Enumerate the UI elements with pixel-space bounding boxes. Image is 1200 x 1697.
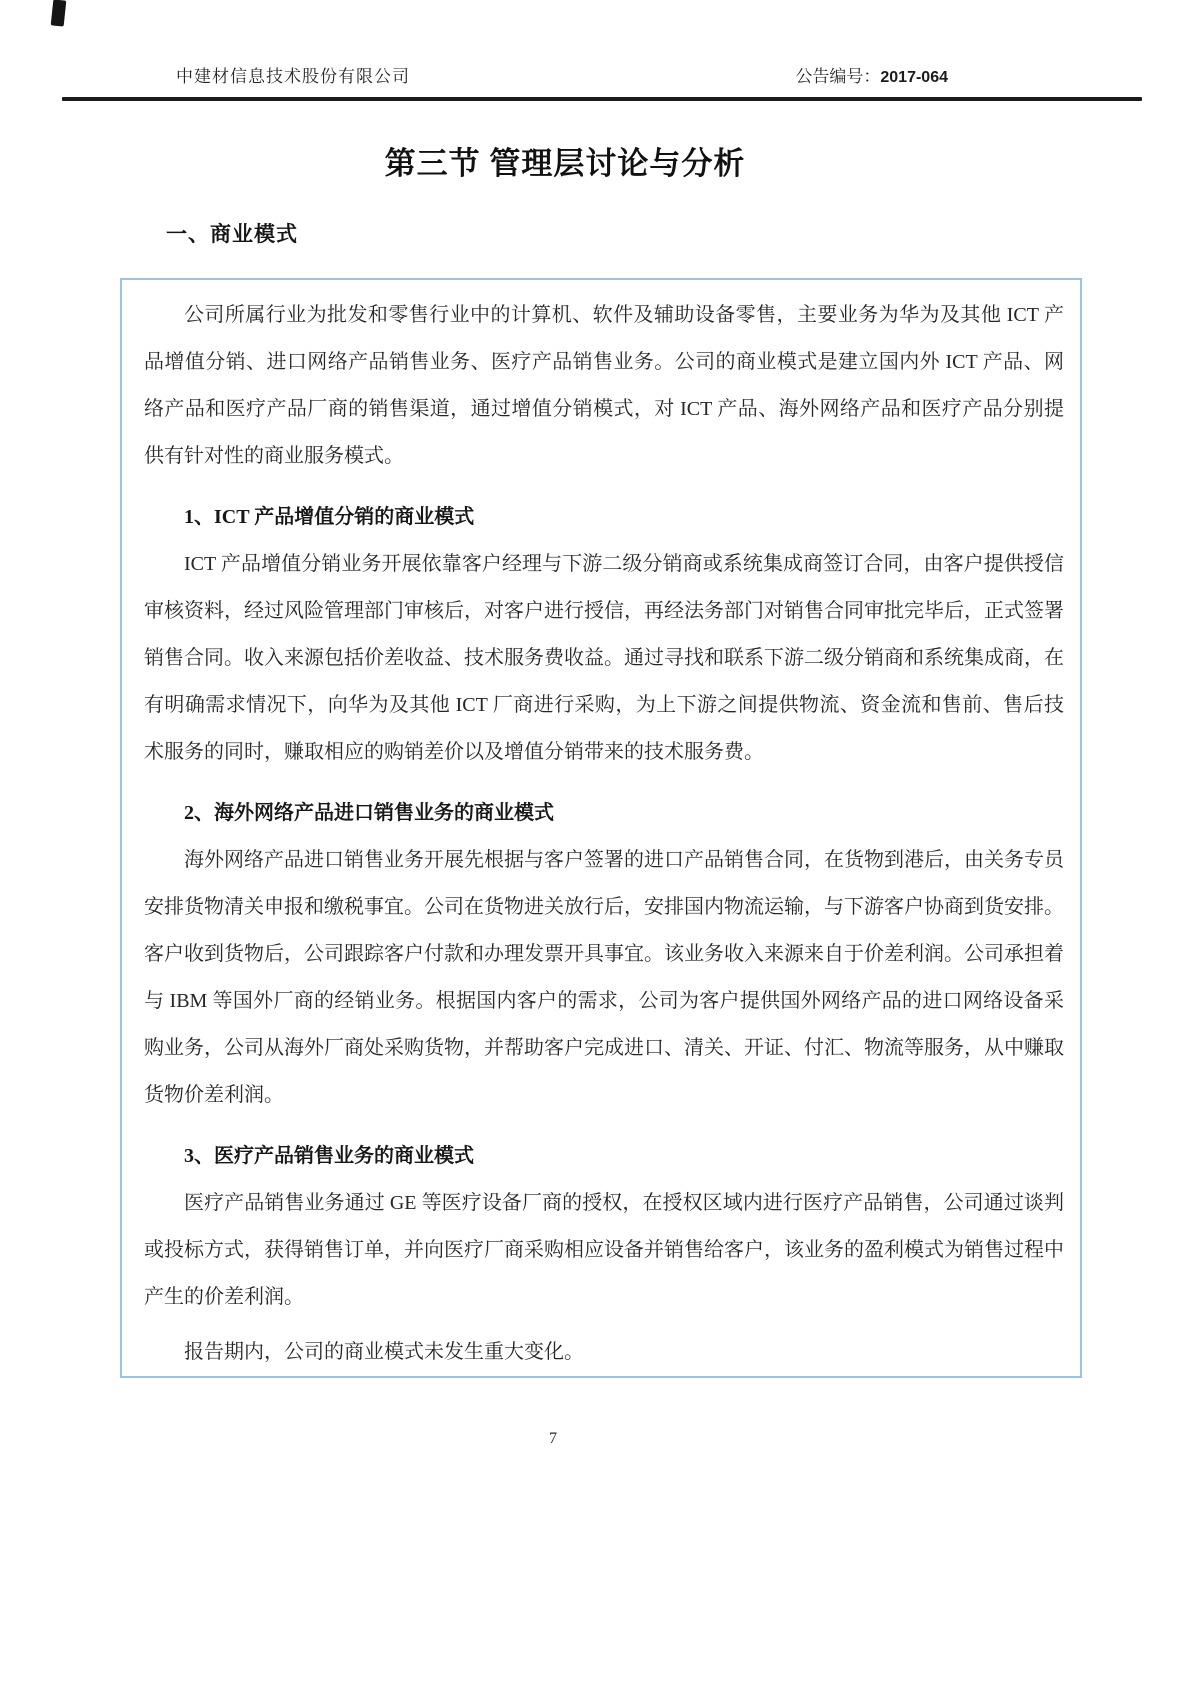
scan-artifact-mark	[51, 0, 67, 27]
subsection-heading-ict: 1、ICT 产品增值分销的商业模式	[144, 494, 1064, 541]
intro-paragraph: 公司所属行业为批发和零售行业中的计算机、软件及辅助设备零售，主要业务为华为及其他…	[144, 292, 1064, 480]
header-announcement: 公告编号：2017-064	[795, 62, 948, 87]
document-page: 中建材信息技术股份有限公司 公告编号：2017-064 第三节 管理层讨论与分析…	[0, 0, 1200, 1697]
subsection-body-medical: 医疗产品销售业务通过 GE 等医疗设备厂商的授权，在授权区域内进行医疗产品销售，…	[144, 1180, 1064, 1321]
header-company-name: 中建材信息技术股份有限公司	[176, 62, 410, 87]
page-number: 7	[0, 1430, 1106, 1448]
subsection-heading-overseas-network: 2、海外网络产品进口销售业务的商业模式	[144, 790, 1064, 837]
announcement-label: 公告编号：	[795, 67, 880, 86]
closing-paragraph: 报告期内，公司的商业模式未发生重大变化。	[144, 1329, 1064, 1376]
section-heading-business-model: 一、商业模式	[166, 218, 298, 248]
subsection-heading-medical: 3、医疗产品销售业务的商业模式	[144, 1133, 1064, 1180]
subsection-body-ict: ICT 产品增值分销业务开展依靠客户经理与下游二级分销商或系统集成商签订合同，由…	[144, 541, 1064, 776]
header-rule	[62, 97, 1142, 101]
content-box: 公司所属行业为批发和零售行业中的计算机、软件及辅助设备零售，主要业务为华为及其他…	[120, 278, 1082, 1378]
subsection-body-overseas-network: 海外网络产品进口销售业务开展先根据与客户签署的进口产品销售合同，在货物到港后，由…	[144, 837, 1064, 1119]
announcement-number: 2017-064	[880, 69, 948, 86]
chapter-title: 第三节 管理层讨论与分析	[0, 138, 1130, 183]
